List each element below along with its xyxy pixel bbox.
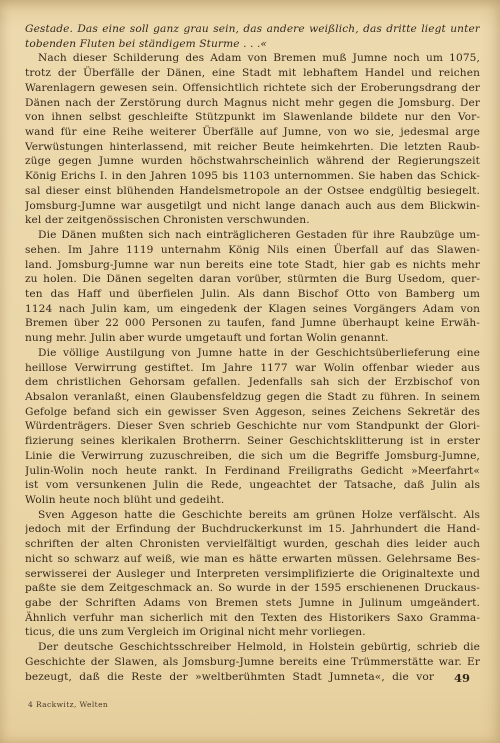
text-line: ten das Haff und überfielen Julin. Als d… xyxy=(25,287,480,302)
text-line: Absalon veranlaßt, einen Glaubensfeldzug… xyxy=(25,390,480,405)
text-line: züge gegen Jumne wurden höchstwahrschein… xyxy=(25,154,480,169)
text-line: Gestade. Das eine soll ganz grau sein, d… xyxy=(25,22,480,37)
text-line: kel der zeitgenössischen Chronisten vers… xyxy=(25,213,480,228)
text-line: Warenlagern gewesen sein. Offensichtlich… xyxy=(25,81,480,96)
page-number: 49 xyxy=(454,671,470,686)
text-line: trotz der Überfälle der Dänen, eine Stad… xyxy=(25,66,480,81)
paragraph: Sven Aggeson hatte die Geschichte bereit… xyxy=(25,508,480,640)
text-line: schriften der alten Chronisten vervielfä… xyxy=(25,537,480,552)
text-line: zu holen. Die Dänen segelten daran vorüb… xyxy=(25,272,480,287)
text-line: paßte sie dem Zeitgeschmack an. So wurde… xyxy=(25,581,480,596)
text-line: Bremen über 22 000 Personen zu taufen, f… xyxy=(25,316,480,331)
book-page: Gestade. Das eine soll ganz grau sein, d… xyxy=(0,0,500,743)
text-line: tobenden Fluten bei ständigem Sturme . .… xyxy=(25,37,480,52)
text-line: 1124 nach Julin kam, um eingedenk der Kl… xyxy=(25,302,480,317)
text-line: dem christlichen Gehorsam gefallen. Jede… xyxy=(25,375,480,390)
text-line: Ähnlich verfuhr man sicherlich mit den T… xyxy=(25,611,480,626)
text-line: ist vom versunkenen Julin die Rede, unge… xyxy=(25,478,480,493)
text-line: bezeugt, daß die Reste der »weltberühmte… xyxy=(25,670,480,685)
text-line: König Erichs I. in den Jahren 1095 bis 1… xyxy=(25,169,480,184)
text-line: land. Jomsburg-Jumne war nun bereits ein… xyxy=(25,258,480,273)
paragraph: Der deutsche Geschichtsschreiber Helmold… xyxy=(25,640,480,684)
text-line: fizierung seines klerikalen Brotherrn. S… xyxy=(25,434,480,449)
text-line: gabe der Schriften Adams von Bremen stet… xyxy=(25,596,480,611)
text-line: nung mehr. Julin aber wurde umgetauft un… xyxy=(25,331,480,346)
text-line: Verwüstungen hinterlassend, mit reicher … xyxy=(25,140,480,155)
text-line: jedoch mit der Erfindung der Buchdrucker… xyxy=(25,522,480,537)
footer-signature: 4 Rackwitz, Welten xyxy=(28,700,108,709)
text-line: serwisserei der Ausleger und Interpreten… xyxy=(25,567,480,582)
text-line: wand für eine Reihe weiterer Überfälle a… xyxy=(25,125,480,140)
text-line: sehen. Im Jahre 1119 unternahm König Nil… xyxy=(25,243,480,258)
text-line: von ihnen selbst geschleifte Stützpunkt … xyxy=(25,110,480,125)
text-line: Geschichte der Slawen, als Jomsburg-Jumn… xyxy=(25,655,480,670)
text-line: Der deutsche Geschichtsschreiber Helmold… xyxy=(25,640,480,655)
text-block: Gestade. Das eine soll ganz grau sein, d… xyxy=(25,22,480,684)
text-line: Wolin heute noch blüht und gedeiht. xyxy=(25,493,480,508)
text-line: Julin-Wolin noch heute rankt. In Ferdina… xyxy=(25,464,480,479)
text-line: Die Dänen mußten sich nach einträglicher… xyxy=(25,228,480,243)
text-line: ticus, die uns zum Vergleich im Original… xyxy=(25,625,480,640)
text-line: nicht so schwarz auf weiß, wie man es hä… xyxy=(25,552,480,567)
text-line: Sven Aggeson hatte die Geschichte bereit… xyxy=(25,508,480,523)
paragraph: Die völlige Austilgung von Jumne hatte i… xyxy=(25,346,480,508)
text-line: Gefolge befand sich ein gewisser Sven Ag… xyxy=(25,405,480,420)
text-line: heillose Verwirrung gestiftet. Im Jahre … xyxy=(25,361,480,376)
text-line: Nach dieser Schilderung des Adam von Bre… xyxy=(25,51,480,66)
paragraph: Die Dänen mußten sich nach einträglicher… xyxy=(25,228,480,346)
paragraph: Nach dieser Schilderung des Adam von Bre… xyxy=(25,51,480,228)
text-line: Würdenträgers. Dieser Sven schrieb Gesch… xyxy=(25,419,480,434)
text-line: Jomsburg-Jumne war ausgetilgt und nicht … xyxy=(25,199,480,214)
text-line: Die völlige Austilgung von Jumne hatte i… xyxy=(25,346,480,361)
text-line: Linie die Verwirrung zuzuschreiben, die … xyxy=(25,449,480,464)
text-line: Dänen nach der Zerstörung durch Magnus n… xyxy=(25,96,480,111)
text-line: sal dieser einst blühenden Handelsmetrop… xyxy=(25,184,480,199)
paragraph: Gestade. Das eine soll ganz grau sein, d… xyxy=(25,22,480,51)
